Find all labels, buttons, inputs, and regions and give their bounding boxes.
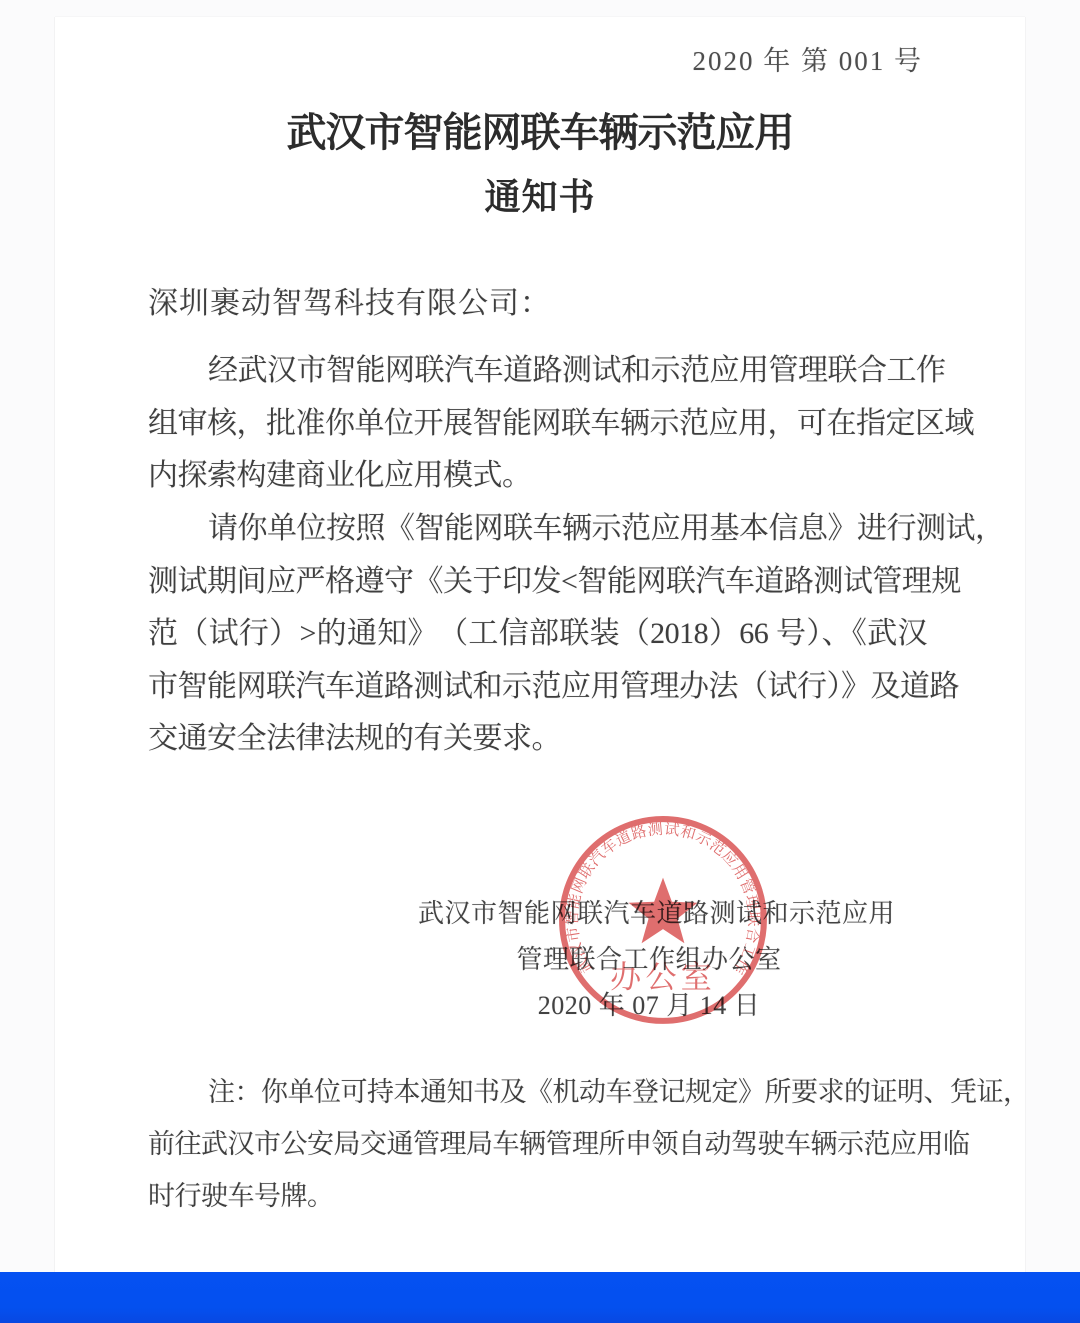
paragraph-approval: 经武汉市智能网联汽车道路测试和示范应用管理联合工作 组审核，批准你单位开展智能网…	[148, 345, 927, 503]
seal-office-text: 办公室	[610, 960, 716, 995]
paragraph-line: 测试期间应严格遵守《关于印发<智能网联汽车道路测试管理规	[148, 556, 927, 609]
footnote-line: 时行驶车号牌。	[148, 1170, 927, 1222]
paragraph-line: 组审核，批准你单位开展智能网联车辆示范应用，可在指定区域	[148, 398, 927, 451]
paragraph-requirements: 请你单位按照《智能网联车辆示范应用基本信息》进行测试， 测试期间应严格遵守《关于…	[148, 503, 927, 766]
paragraph-line: 请你单位按照《智能网联车辆示范应用基本信息》进行测试，	[148, 503, 927, 556]
official-seal: 武汉市智能网联汽车道路测试和示范应用管理联合工作组 办公室	[552, 810, 774, 1032]
addressee-line: 深圳裹动智驾科技有限公司：	[148, 278, 551, 322]
footnote-line: 前往武汉市公安局交通管理局车辆管理所申领自动驾驶车辆示范应用临	[148, 1118, 927, 1170]
document-title-line2: 通知书	[55, 169, 1025, 220]
paragraph-line: 内探索构建商业化应用模式。	[148, 450, 927, 503]
doc-number: 2020 年 第 001 号	[693, 39, 924, 78]
paragraph-line: 经武汉市智能网联汽车道路测试和示范应用管理联合工作	[148, 345, 927, 398]
paragraph-line: 范（试行）>的通知》 （工信部联装（2018）66 号）、《武汉	[148, 608, 927, 661]
footnote-line: 注：你单位可持本通知书及《机动车登记规定》所要求的证明、凭证，	[148, 1066, 927, 1118]
document-title-line1: 武汉市智能网联车辆示范应用	[55, 101, 1025, 158]
paper-sheet: 2020 年 第 001 号 武汉市智能网联车辆示范应用 通知书 深圳裹动智驾科…	[55, 17, 1025, 1272]
seal-star-icon	[628, 878, 697, 944]
paragraph-line: 交通安全法律法规的有关要求。	[148, 713, 927, 766]
footer-blue-band	[0, 1272, 1080, 1323]
paragraph-line: 市智能网联汽车道路测试和示范应用管理办法（试行）》及道路	[148, 661, 927, 714]
scanned-notice-document: 2020 年 第 001 号 武汉市智能网联车辆示范应用 通知书 深圳裹动智驾科…	[0, 0, 1080, 1323]
footnote: 注：你单位可持本通知书及《机动车登记规定》所要求的证明、凭证， 前往武汉市公安局…	[148, 1066, 927, 1222]
seal-ring-text: 武汉市智能网联汽车道路测试和示范应用管理联合工作组	[552, 810, 762, 977]
